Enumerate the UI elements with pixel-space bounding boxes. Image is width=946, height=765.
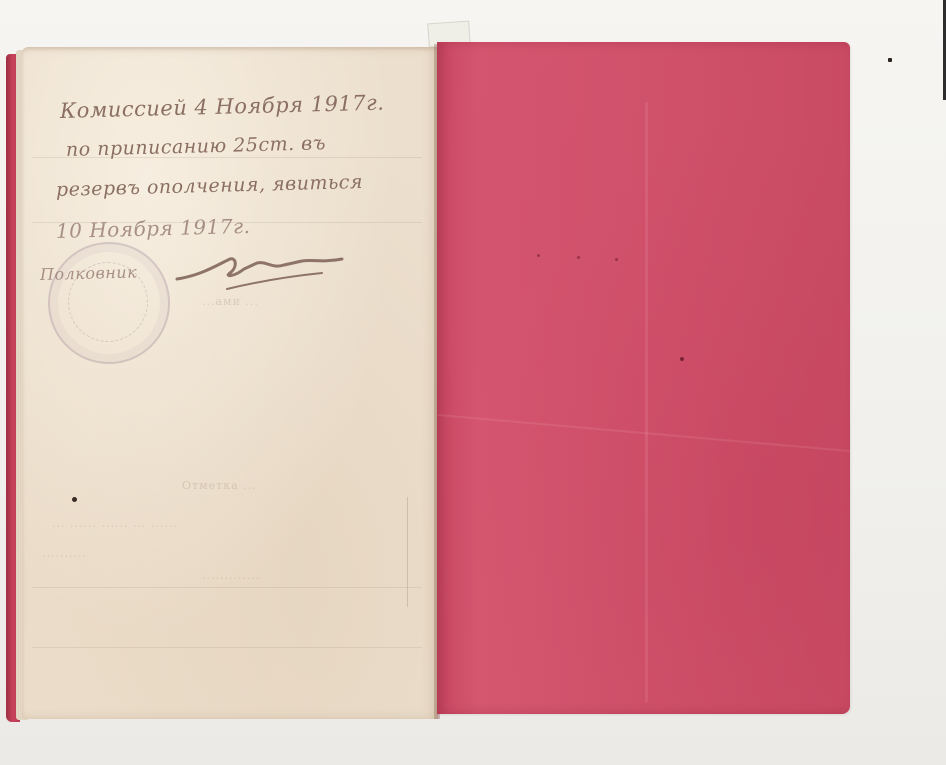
handwritten-line-4: 10 Ноября 1917г.	[56, 214, 251, 243]
signature-scrawl	[172, 247, 352, 297]
paper-crease	[438, 414, 850, 452]
paper-mark	[615, 258, 618, 261]
paper-mark	[577, 256, 580, 259]
right-page-red-endpaper	[437, 42, 850, 714]
paper-mark	[537, 254, 540, 257]
dust-speck	[888, 58, 892, 62]
scan-scene: ...ами ... Отметка ... ... ...... ......…	[0, 0, 946, 765]
faded-vertical-rule	[407, 497, 408, 607]
round-stamp	[48, 242, 170, 364]
faded-rule	[32, 647, 422, 648]
faded-print-line: ... ...... ...... ... ......	[52, 517, 178, 530]
signature-title: Полковник	[40, 262, 138, 284]
faded-print-line: Отметка ...	[182, 479, 257, 492]
handwritten-line-3: резервъ ополчения, явиться	[56, 171, 364, 201]
paper-mark	[680, 357, 684, 361]
paper-crease	[645, 102, 648, 702]
faded-rule	[32, 587, 422, 588]
left-page: ...ами ... Отметка ... ... ...... ......…	[22, 47, 438, 719]
faded-print-line: .............	[202, 569, 260, 582]
handwritten-line-1: Комиссией 4 Ноября 1917г.	[60, 91, 385, 123]
ink-spot	[72, 497, 77, 502]
faded-print-line: ..........	[42, 547, 87, 560]
